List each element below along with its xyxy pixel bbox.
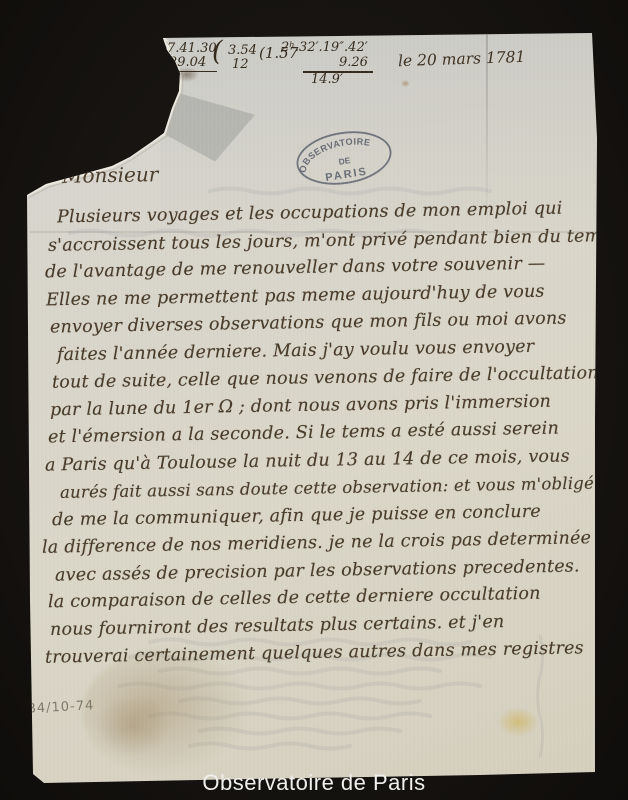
calc-col1-bottom: 29.04 (167, 56, 217, 72)
letter-line: envoyer diverses observations que mon fi… (50, 308, 567, 337)
letter-line: tout de suite, celle que nous venons de … (52, 363, 599, 393)
calc-col2-bottom: 12 (228, 58, 257, 72)
letter-line: et l'émersion a la seconde. Si le tems a… (48, 419, 559, 448)
archival-number: B4/10-74 (27, 698, 95, 717)
date-line: le 20 mars 1781 (398, 48, 526, 70)
letter-line: Plusieurs voyages et les occupations de … (57, 199, 563, 228)
letter-line: Elles ne me permettent pas meme aujourd'… (46, 282, 545, 311)
foxing-dot (401, 80, 410, 87)
letter-line: aurés fait aussi sans doute cette observ… (60, 473, 621, 502)
letter-line: la difference de nos meridiens. je ne la… (42, 528, 591, 558)
scan-background: 7.41.30 29.04 ( 3.54 12 (1.57 2ʰ.32′.19″… (0, 0, 628, 800)
stain-bottom-left (82, 650, 252, 775)
letter-paper: 7.41.30 29.04 ( 3.54 12 (1.57 2ʰ.32′.19″… (0, 0, 628, 800)
letter-line: faites l'année derniere. Mais j'ay voulu… (57, 337, 535, 365)
letter-line: a Paris qu'à Toulouse la nuit du 13 au 1… (45, 446, 570, 475)
letter-line: de me la communiquer, afin que je puisse… (52, 502, 541, 531)
observatoire-stamp-icon: OBSERVATOIRE DE PARIS (290, 122, 398, 195)
torn-layer-shadow (160, 85, 260, 170)
calc-column-2: 3.54 12 (228, 44, 257, 72)
letter-line: trouverai certainement quelques autres d… (45, 638, 584, 667)
calc-col1-top: 7.41.30 (167, 42, 217, 56)
letter-line: nous fourniront des resultats plus certa… (50, 612, 505, 640)
letter-line: de l'avantage de me renouveller dans vot… (45, 254, 546, 283)
calc-divider-paren: ( (212, 36, 223, 67)
letter-line: s'accroissent tous les jours, m'ont priv… (48, 226, 611, 256)
salutation: Monsieur (62, 162, 159, 188)
stain-bottom-left-2 (95, 695, 170, 757)
calc-frac-mid: 9.26 (339, 56, 368, 70)
calc-frac-bottom: 14.9′ (311, 73, 343, 87)
stamp-line2: DE (338, 155, 352, 167)
calc-column-1: 7.41.30 29.04 (167, 42, 217, 72)
stain-yellow (497, 707, 539, 737)
letter-line: la comparaison de celles de cette dernie… (48, 584, 541, 613)
stamp-line3: PARIS (325, 166, 369, 185)
letter-line: par la lune du 1er Ω ; dont nous avons p… (50, 392, 551, 421)
letter-line: avec assés de precision par les observat… (55, 556, 580, 585)
calc-col2-top: 3.54 (228, 44, 257, 58)
caption-text: Observatoire de Paris (0, 770, 628, 800)
calc-frac-top: 2ʰ.32′.19″.42′ (281, 41, 368, 55)
